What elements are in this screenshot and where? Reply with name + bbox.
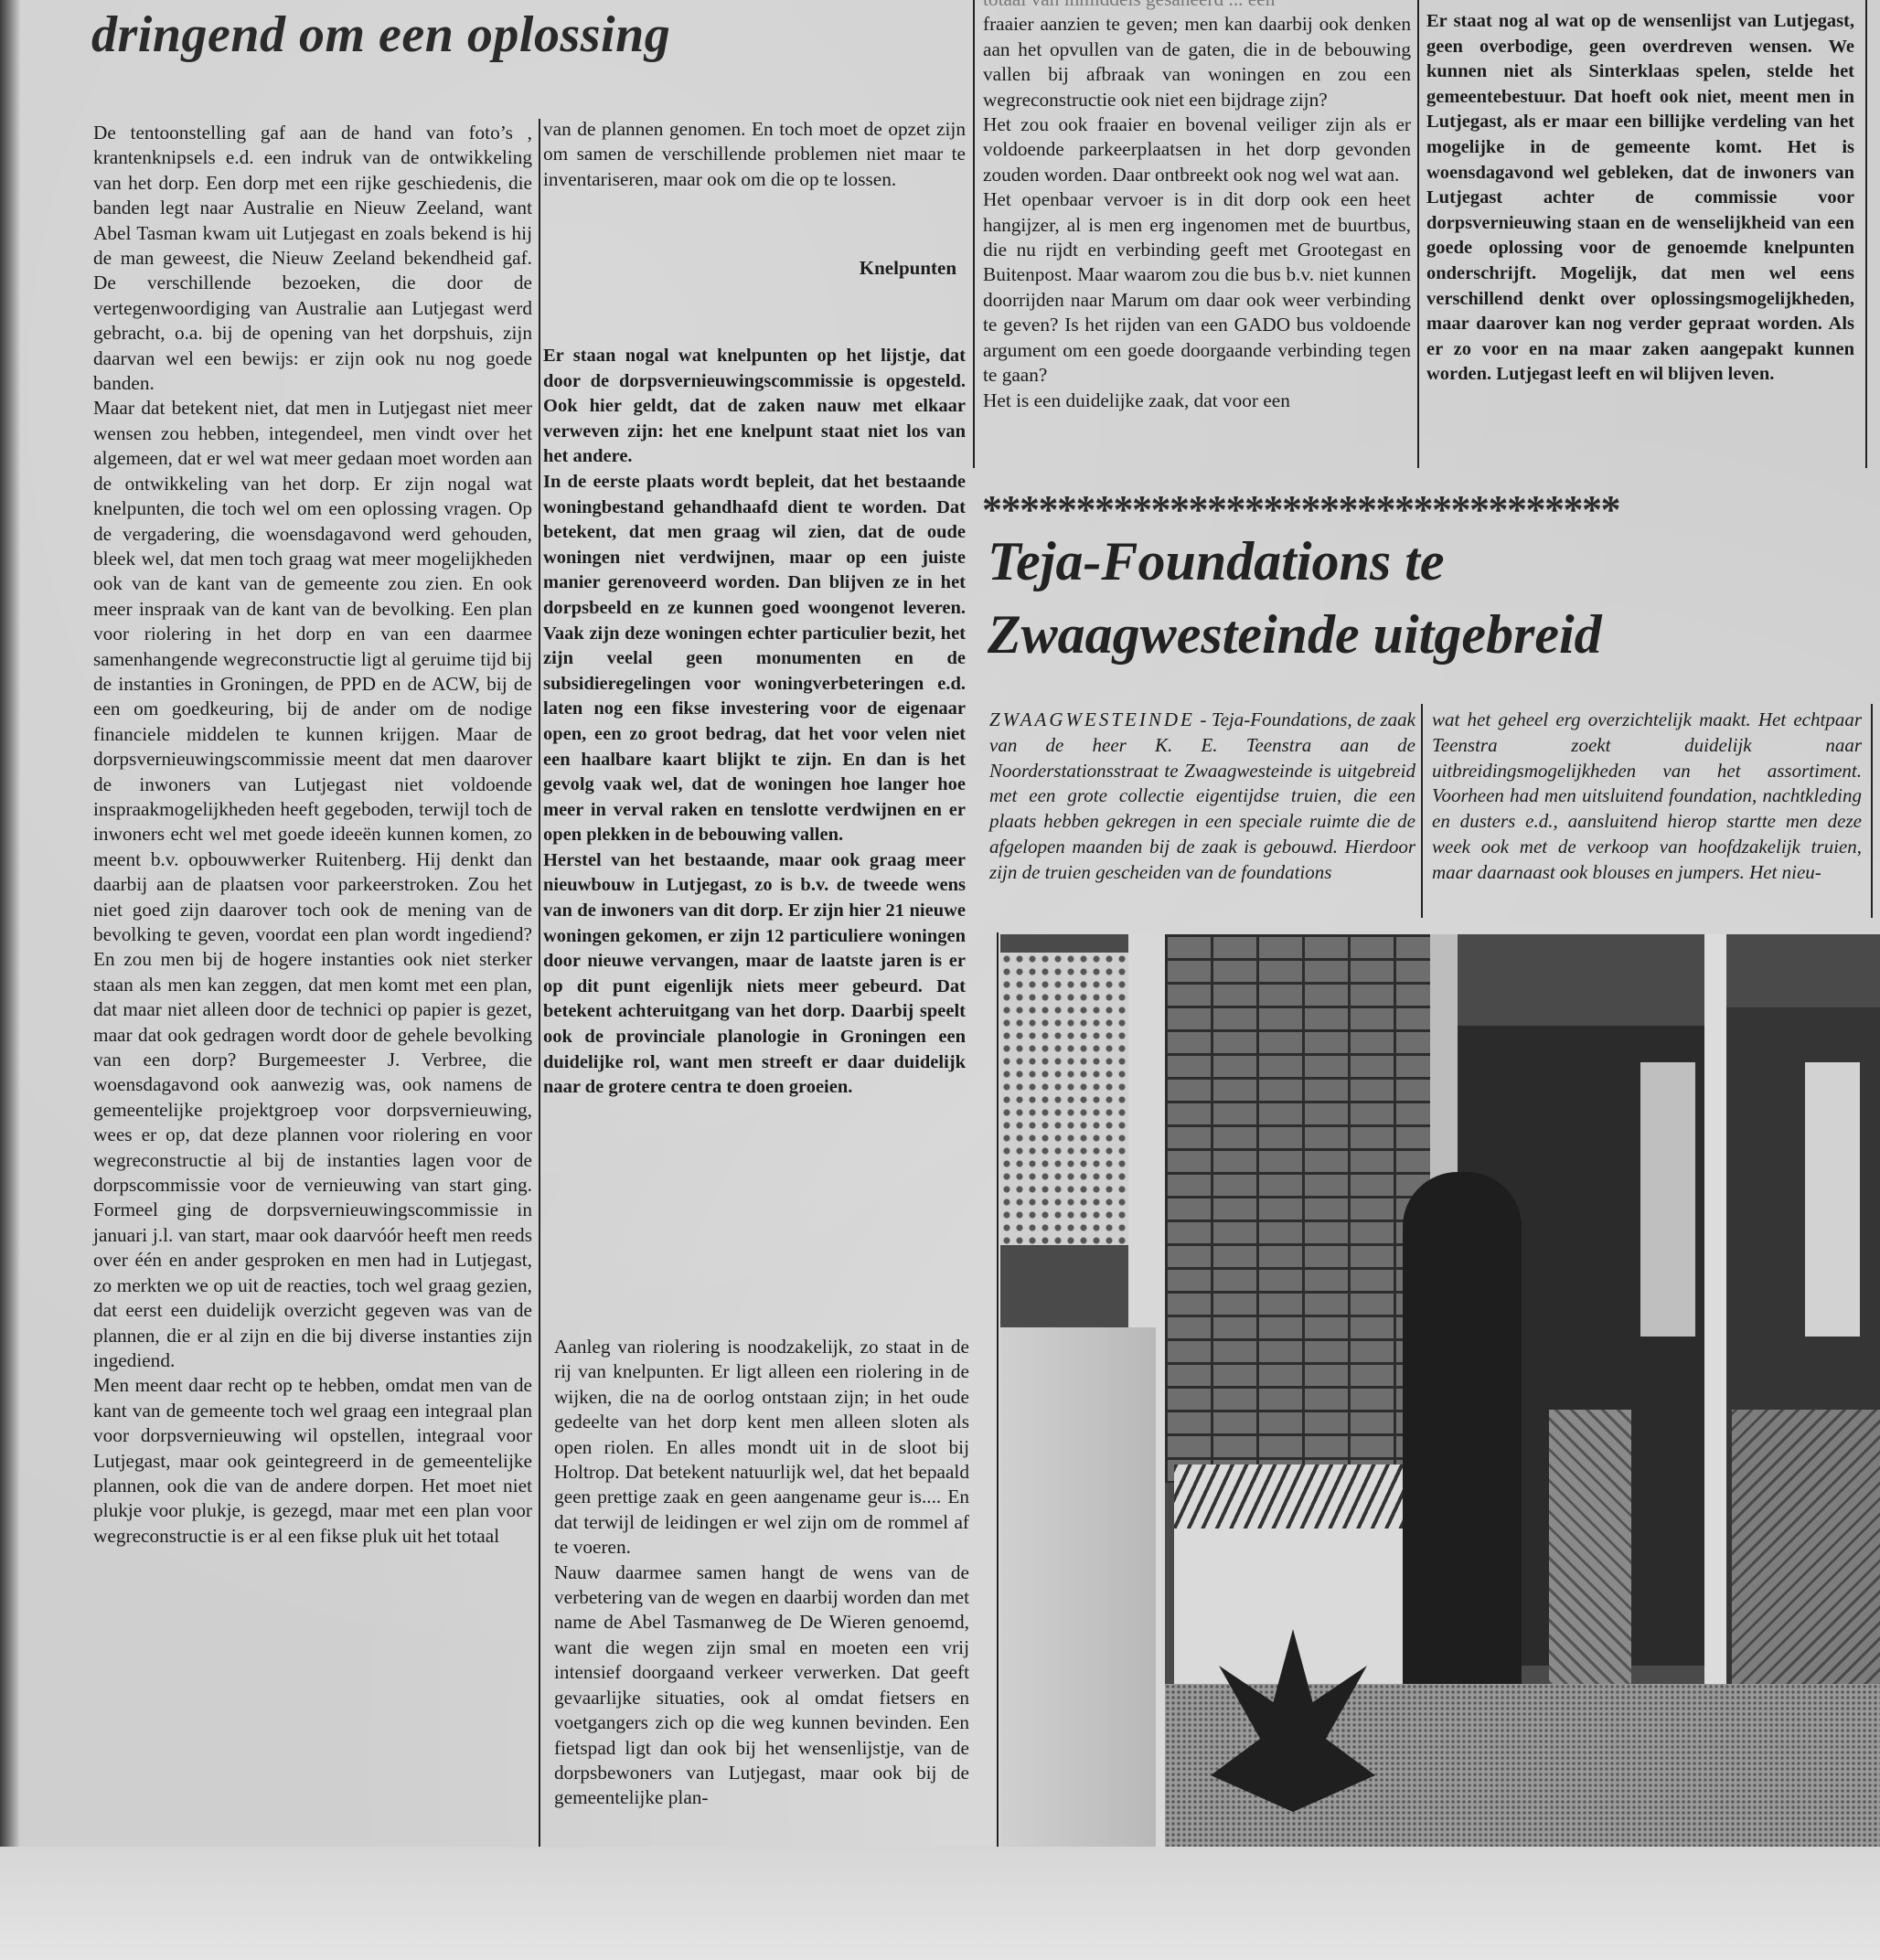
- photo-shirt: [1549, 1410, 1631, 1684]
- paragraph: Herstel van het bestaande, maar ook graa…: [543, 848, 966, 1101]
- paragraph: Het is een duidelijke zaak, dat voor een: [983, 389, 1411, 413]
- column-rule: [539, 119, 540, 1847]
- article-column-2: van de plannen genomen. En toch moet de …: [543, 117, 966, 346]
- star-separator: **********************************: [982, 490, 1878, 530]
- paragraph: wat het geheel erg overzichtelijk maakt.…: [1432, 708, 1862, 886]
- photo-lace-curtain: [1000, 953, 1128, 1245]
- article-column-2-bottom: Aanleg van riolering is noodzakelijk, zo…: [554, 1335, 969, 1811]
- article-headline: dringend om een oplossing: [91, 5, 670, 64]
- paragraph: Er staan nogal wat knelpunten op het lij…: [543, 344, 966, 470]
- column-rule: [1417, 0, 1419, 468]
- paragraph: Maar dat betekent niet, dat men in Lutje…: [93, 396, 532, 1373]
- subheading-knelpunten: Knelpunten: [543, 256, 956, 281]
- paragraph-cut: totaal van inmiddels gesaneerd ... een: [983, 0, 1411, 12]
- article-column-1: De tentoonstelling gaf aan de hand van f…: [93, 121, 532, 1549]
- article-photo: [1000, 934, 1880, 1847]
- dateline: ZWAAGWESTEINDE: [989, 708, 1195, 730]
- paragraph: Er staat nog al wat op de wensenlijst va…: [1426, 9, 1854, 388]
- photo-shirt: [1805, 1062, 1860, 1337]
- article-column-4: Er staat nog al wat op de wensenlijst va…: [1426, 9, 1854, 388]
- column-rule: [1871, 704, 1873, 918]
- page-bottom-margin: [0, 1847, 1880, 1960]
- paragraph: Aanleg van riolering is noodzakelijk, zo…: [554, 1335, 969, 1561]
- paragraph-text: - Teja-Foundations, de zaak van de heer …: [989, 708, 1415, 883]
- article-headline-line-1: Teja-Foundations te: [988, 530, 1445, 593]
- paragraph: van de plannen genomen. En toch moet de …: [543, 117, 966, 192]
- column-rule: [973, 0, 975, 468]
- paragraph: ZWAAGWESTEINDE - Teja-Foundations, de za…: [989, 708, 1415, 886]
- article-headline-line-2: Zwaagwesteinde uitgebreid: [988, 603, 1602, 666]
- column-rule: [997, 932, 999, 1847]
- paragraph: Het zou ook fraaier en bovenal veiliger …: [983, 112, 1411, 187]
- paragraph: Men meent daar recht op te hebben, omdat…: [93, 1373, 532, 1549]
- photo-shirt: [1732, 1410, 1880, 1702]
- article2-column-2: wat het geheel erg overzichtelijk maakt.…: [1432, 708, 1862, 886]
- photo-brick-wall: [1165, 934, 1439, 1483]
- paragraph: Het openbaar vervoer is in dit dorp ook …: [983, 187, 1411, 388]
- article2-column-1: ZWAAGWESTEINDE - Teja-Foundations, de za…: [989, 708, 1415, 886]
- article-column-2-bold: Er staan nogal wat knelpunten op het lij…: [543, 344, 966, 1101]
- paragraph: Nauw daarmee samen hangt de wens van de …: [554, 1561, 969, 1811]
- column-rule: [1865, 0, 1867, 468]
- paragraph: In de eerste plaats wordt bepleit, dat h…: [543, 470, 966, 848]
- paragraph: De tentoonstelling gaf aan de hand van f…: [93, 121, 532, 396]
- photo-post: [1704, 934, 1726, 1711]
- photo-woman: [1403, 1172, 1522, 1720]
- paragraph: fraaier aanzien te geven; men kan daarbi…: [983, 12, 1411, 112]
- column-rule: [1421, 704, 1423, 918]
- article-column-3: totaal van inmiddels gesaneerd ... een f…: [983, 0, 1411, 413]
- photo-shirt: [1640, 1062, 1695, 1337]
- page-edge-shadow: [0, 0, 20, 1960]
- photo-dresses: [1000, 1327, 1156, 1847]
